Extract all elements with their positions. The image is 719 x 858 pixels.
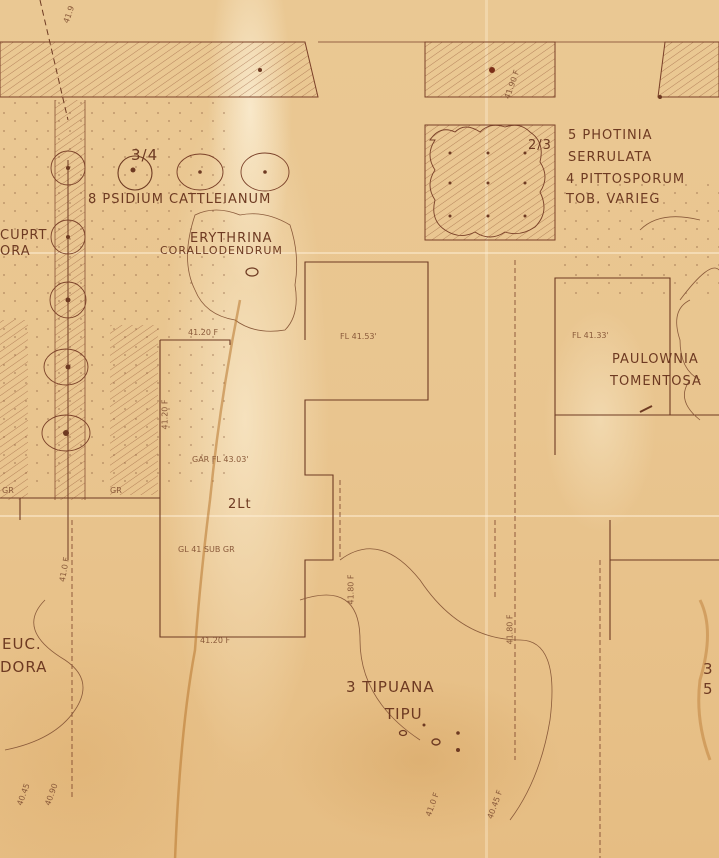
plant-label-paulownia: PAULOWNIA xyxy=(612,352,699,367)
grade-label: GR xyxy=(110,486,122,495)
elevation-label: GAR FL 43.03' xyxy=(192,455,248,464)
plant-label-paulownia-species: TOMENTOSA xyxy=(610,374,702,389)
plant-count-photinia: 2/3 xyxy=(528,138,552,153)
north-mark xyxy=(640,406,652,412)
elevation-label: 41.20 F xyxy=(161,399,170,429)
plant-label-edge: 3 xyxy=(703,660,714,678)
elevation-label: FL 41.53' xyxy=(340,332,377,341)
planting-strip xyxy=(0,320,28,500)
tree-marker xyxy=(246,268,258,276)
plant-count-psidium: 3/4 xyxy=(131,146,158,164)
lot-label: 2Lt xyxy=(228,497,252,512)
elevation-label: 41.20 F xyxy=(200,636,230,645)
elevation-label: FL 41.33' xyxy=(572,331,609,340)
plant-label-pittosporum-variety: TOB. VARIEG xyxy=(566,192,660,207)
plant-label-erythrina-species: CORALLODENDRUM xyxy=(160,244,283,257)
plant-label-photinia: 5 PHOTINIA xyxy=(568,128,652,143)
plant-label-cupressus: CUPRT xyxy=(0,228,47,243)
plant-label-psidium: 8 PSIDIUM CATTLEIANUM xyxy=(88,192,271,207)
plant-label-photinia-species: SERRULATA xyxy=(568,150,652,165)
planting-strip xyxy=(110,325,158,495)
landscape-plan-sheet: 8 PSIDIUM CATTLEIANUM 3/4 ERYTHRINA CORA… xyxy=(0,0,719,858)
elevation-label: GL 41 SUB GR xyxy=(178,545,235,554)
elevation-label: 41.80 F xyxy=(347,574,356,604)
plant-label-pittosporum: 4 PITTOSPORUM xyxy=(566,172,685,187)
plant-label-tipuana-species: TIPU xyxy=(385,705,423,723)
plant-label-cupressus-species: ORA xyxy=(0,244,31,259)
plant-label-tipuana: 3 TIPUANA xyxy=(346,678,435,696)
hedge-band-top xyxy=(0,42,719,99)
grade-label: GR xyxy=(2,486,14,495)
tipuana-trees xyxy=(400,724,461,753)
elevation-label: 41.20 F xyxy=(188,328,218,337)
plant-label-eucalyptus: EUC. xyxy=(2,635,42,653)
plant-label-edge-2: 5 xyxy=(703,680,714,698)
plant-label-eucalyptus-species: DORA xyxy=(0,658,47,676)
elevation-label: 41.80 F xyxy=(506,614,515,644)
